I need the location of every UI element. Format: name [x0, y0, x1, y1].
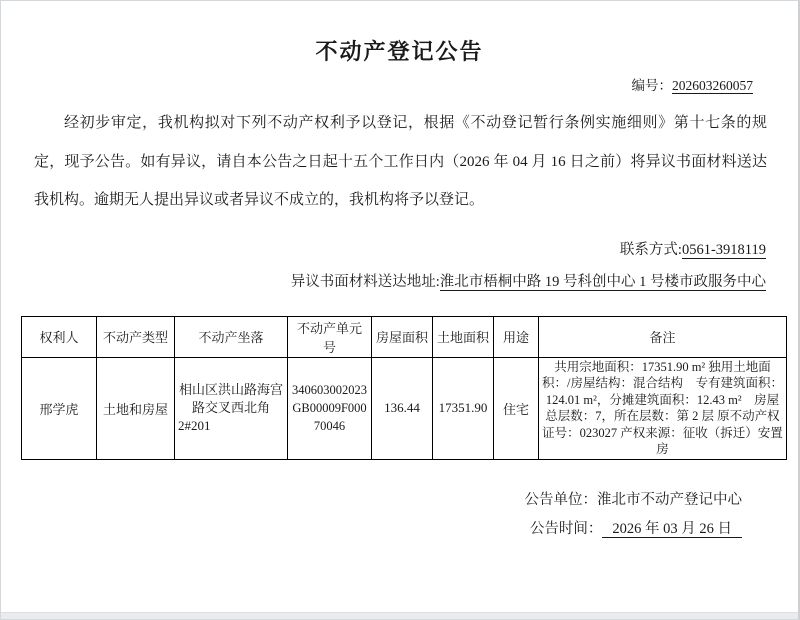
- address-value: 淮北市梧桐中路 19 号科创中心 1 号楼市政服务中心: [440, 274, 766, 291]
- table-header-row: 权利人 不动产类型 不动产坐落 不动产单元号 房屋面积 土地面积 用途 备注: [22, 316, 787, 357]
- header-land-area: 土地面积: [433, 316, 494, 357]
- announcement-body: 经初步审定，我机构拟对下列不动产权利予以登记，根据《不动登记暂行条例实施细则》第…: [34, 104, 767, 220]
- doc-number-label: 编号：: [632, 78, 673, 93]
- document-page: 不动产登记公告 编号：202603260057 经初步审定，我机构拟对下列不动产…: [0, 0, 800, 620]
- cell-property-location: 相山区洪山路海宫路交叉西北角2#201: [175, 357, 288, 459]
- announcing-unit-label: 公告单位：: [525, 492, 598, 508]
- doc-number-value: 202603260057: [672, 78, 753, 94]
- header-property-location: 不动产坐落: [175, 316, 288, 357]
- header-property-type: 不动产类型: [97, 316, 175, 357]
- cell-right-holder: 邢学虎: [22, 357, 97, 459]
- page-title: 不动产登记公告: [1, 35, 798, 66]
- announcing-unit-line: 公告单位：淮北市不动产登记中心: [1, 486, 798, 515]
- doc-number-line: 编号：202603260057: [1, 74, 798, 94]
- cell-remark: 共用宗地面积：17351.90 m² 独用土地面积：/房屋结构：混合结构 专有建…: [539, 357, 787, 459]
- cell-land-area: 17351.90: [433, 357, 494, 459]
- cell-unit-number: 340603002023GB00009F00070046: [288, 357, 372, 459]
- cell-house-area: 136.44: [372, 357, 433, 459]
- table-row: 邢学虎 土地和房屋 相山区洪山路海宫路交叉西北角2#201 3406030020…: [22, 357, 787, 459]
- contact-line: 联系方式:0561-3918119: [1, 238, 798, 259]
- footer-block: 公告单位：淮北市不动产登记中心 公告时间：2026 年 03 月 26 日: [1, 486, 798, 544]
- header-remark: 备注: [539, 316, 787, 357]
- header-house-area: 房屋面积: [372, 316, 433, 357]
- header-right-holder: 权利人: [22, 316, 97, 357]
- address-label: 异议书面材料送达地址:: [291, 274, 440, 290]
- announcing-unit-value: 淮北市不动产登记中心: [597, 492, 742, 508]
- registration-table: 权利人 不动产类型 不动产坐落 不动产单元号 房屋面积 土地面积 用途 备注 邢…: [21, 316, 787, 460]
- address-line: 异议书面材料送达地址:淮北市梧桐中路 19 号科创中心 1 号楼市政服务中心: [1, 270, 798, 291]
- header-usage: 用途: [494, 316, 539, 357]
- contact-phone: 0561-3918119: [682, 242, 766, 259]
- announcement-date-value: 2026 年 03 月 26 日: [602, 521, 742, 538]
- announcement-date-line: 公告时间：2026 年 03 月 26 日: [1, 515, 798, 544]
- cell-property-type: 土地和房屋: [97, 357, 175, 459]
- cell-usage: 住宅: [494, 357, 539, 459]
- announcement-date-label: 公告时间：: [530, 521, 603, 537]
- contact-label: 联系方式:: [620, 242, 682, 258]
- horizontal-scrollbar[interactable]: [1, 612, 798, 619]
- header-unit-number: 不动产单元号: [288, 316, 372, 357]
